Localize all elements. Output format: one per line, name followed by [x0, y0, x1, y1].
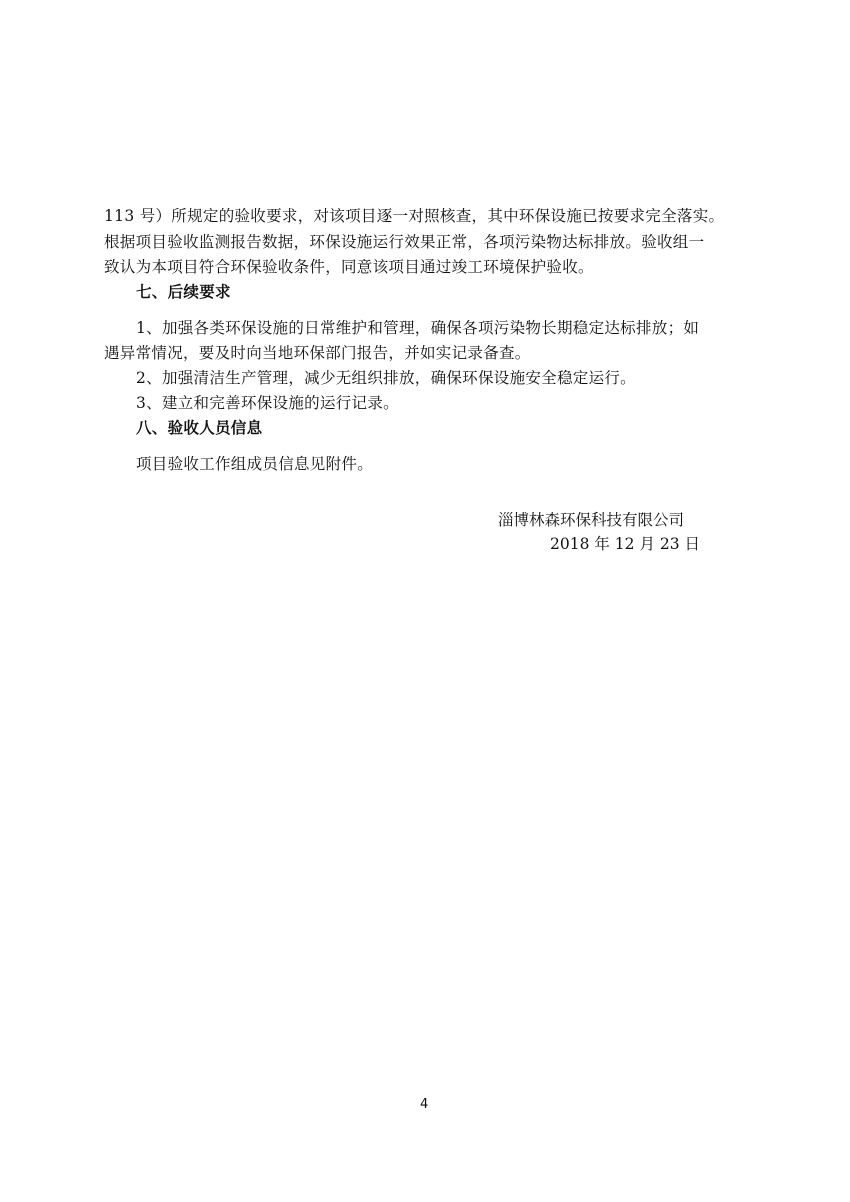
signature-date: 2018 年 12 月 23 日	[550, 534, 700, 554]
page-number: 4	[420, 1097, 428, 1112]
signature-company: 淄博林森环保科技有限公司	[498, 510, 684, 530]
section-7-item-2: 2、加强清洁生产管理，减少无组织排放，确保环保设施安全稳定运行。	[136, 368, 636, 388]
section-7-heading: 七、后续要求	[136, 282, 231, 302]
section-8-heading: 八、验收人员信息	[136, 418, 262, 438]
conclusion-line-2: 根据项目验收监测报告数据，环保设施运行效果正常，各项污染物达标排放。验收组一	[104, 232, 704, 252]
section-7-item-3: 3、建立和完善环保设施的运行记录。	[136, 393, 399, 413]
section-8-body: 项目验收工作组成员信息见附件。	[136, 454, 373, 474]
section-7-item-1: 1、加强各类环保设施的日常维护和管理，确保各项污染物长期稳定达标排放；如	[136, 318, 699, 338]
conclusion-line-1: 113 号）所规定的验收要求，对该项目逐一对照核查，其中环保设施已按要求完全落实…	[104, 206, 724, 226]
section-7-item-1-cont: 遇异常情况，要及时向当地环保部门报告，并如实记录备查。	[104, 343, 531, 363]
conclusion-line-3: 致认为本项目符合环保验收条件，同意该项目通过竣工环境保护验收。	[104, 257, 594, 277]
